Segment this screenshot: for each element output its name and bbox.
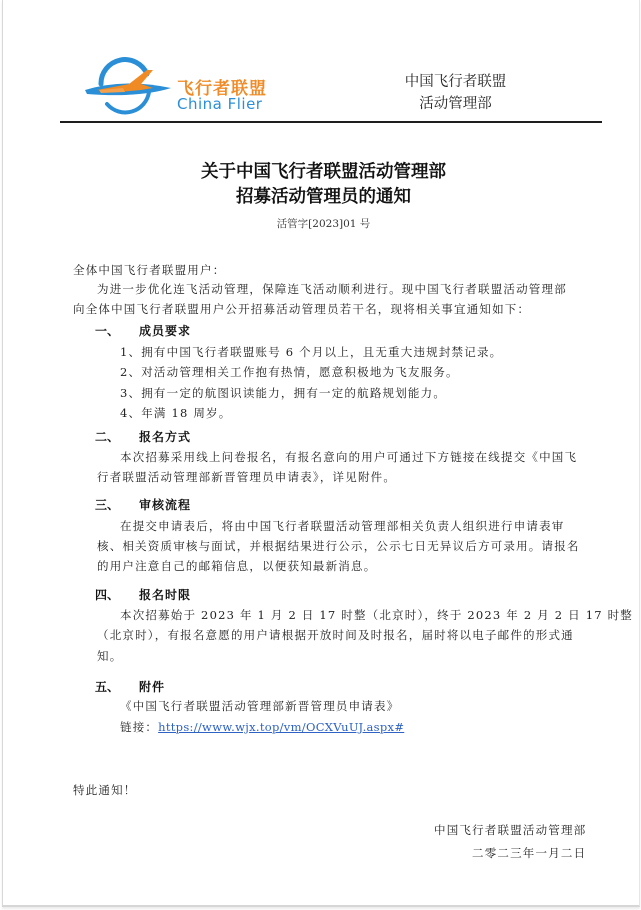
section-2-title: 报名方式 <box>139 428 191 445</box>
section-1-title: 成员要求 <box>139 322 191 339</box>
attachment-name: 《中国飞行者联盟活动管理部新晋管理员申请表》 <box>120 698 399 714</box>
attachment-link-row: 链接：https://www.wjx.top/vm/OCXVuUJ.aspx# <box>120 719 404 735</box>
section-4-title: 报名时限 <box>139 586 191 603</box>
department-header: 中国飞行者联盟 活动管理部 <box>388 71 523 115</box>
title-line-1: 关于中国飞行者联盟活动管理部 <box>3 160 641 185</box>
logo-english-text: China Flier <box>177 95 262 113</box>
section-5-title: 附件 <box>139 678 165 695</box>
section-1-item-1: 1、拥有中国飞行者联盟账号 6 个月以上，且无重大违规封禁记录。 <box>120 344 502 360</box>
document-number: 活管字[2023]01 号 <box>3 216 641 231</box>
section-4-line-2: （北京时），有报名意愿的用户请根据开放时间及时报名，届时将以电子邮件的形式通 <box>97 627 574 643</box>
signature-date: 二零二三年一月二日 <box>472 845 586 861</box>
section-3-line-1: 在提交申请表后，将由中国飞行者联盟活动管理部相关负责人组织进行申请表审 <box>120 518 565 534</box>
section-4-number: 四、 <box>95 586 119 603</box>
section-1-item-2: 2、对活动管理相关工作抱有热情，愿意积极地为飞友服务。 <box>120 364 459 380</box>
dept-name: 活动管理部 <box>388 93 523 115</box>
document-title: 关于中国飞行者联盟活动管理部 招募活动管理员的通知 <box>3 160 641 210</box>
section-2-line-1: 本次招募采用线上问卷报名，有报名意向的用户可通过下方链接在线提交《中国飞 <box>120 449 577 465</box>
link-label: 链接： <box>120 720 158 734</box>
section-3-number: 三、 <box>95 496 119 513</box>
intro-line-2: 向全体中国飞行者联盟用户公开招募活动管理员若干名，现将相关事宜通知如下： <box>73 301 530 317</box>
title-line-2: 招募活动管理员的通知 <box>3 185 641 210</box>
section-4-line-3: 知。 <box>97 648 122 664</box>
application-form-link[interactable]: https://www.wjx.top/vm/OCXVuUJ.aspx# <box>158 720 404 734</box>
document-page: 飞行者联盟 China Flier 中国飞行者联盟 活动管理部 关于中国飞行者联… <box>2 0 640 907</box>
section-1-number: 一、 <box>95 322 119 339</box>
section-2-line-2: 行者联盟活动管理部新晋管理员申请表》，详见附件。 <box>97 469 396 485</box>
section-1-item-3: 3、拥有一定的航图识读能力，拥有一定的航路规划能力。 <box>120 385 446 401</box>
section-5-number: 五、 <box>95 678 119 695</box>
closing-text: 特此通知！ <box>73 782 137 798</box>
section-3-title: 审核流程 <box>139 496 191 513</box>
section-1-item-4: 4、年满 18 周岁。 <box>120 405 231 421</box>
china-flier-logo: 飞行者联盟 China Flier <box>79 46 279 116</box>
signature-org: 中国飞行者联盟活动管理部 <box>434 822 586 838</box>
header-divider <box>60 121 602 123</box>
globe-plane-icon <box>79 46 179 116</box>
intro-line-1: 为进一步优化连飞活动管理，保障连飞活动顺利进行。现中国飞行者联盟活动管理部 <box>97 281 567 297</box>
section-4-line-1: 本次招募始于 2023 年 1 月 2 日 17 时整（北京时），终于 2023… <box>120 607 633 623</box>
section-3-line-2: 核、相关资质审核与面试，并根据结果进行公示，公示七日无异议后方可录用。请报名 <box>97 538 580 554</box>
section-2-number: 二、 <box>95 428 119 445</box>
section-3-line-3: 的用户注意自己的邮箱信息，以便获知最新消息。 <box>97 558 376 574</box>
org-name: 中国飞行者联盟 <box>388 71 523 93</box>
salutation: 全体中国飞行者联盟用户： <box>73 262 225 278</box>
